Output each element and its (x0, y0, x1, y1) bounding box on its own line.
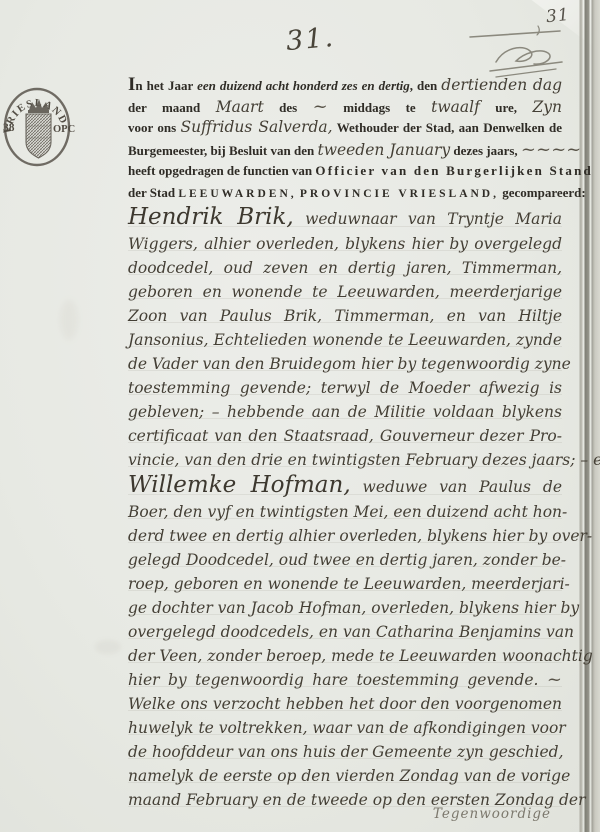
text-segment: overgelegd doodcedels, en van Catharina … (128, 623, 574, 641)
document-line: vincie, van den drie en twintigsten Febr… (128, 448, 562, 472)
document-line: Boer, den vyf en twintigsten Mei, een du… (128, 500, 562, 524)
document-line: toestemming gevende; terwyl de Moeder af… (128, 376, 562, 400)
text-segment: der maand (128, 100, 216, 115)
document-line: Zoon van Paulus Brik, Timmerman, en van … (128, 304, 562, 328)
text-segment: de hoofddeur van ons huis der Gemeente z… (128, 743, 564, 761)
stamp-left-text: 38 (3, 122, 15, 134)
document-line: huwelyk te voltrekken, waar van de afkon… (128, 716, 562, 740)
document-line: Burgemeester, bij Besluit van den tweede… (128, 139, 562, 161)
text-segment: der Stad (128, 185, 178, 200)
scanned-document-page: { "page": { "corner_number": "31", "act_… (0, 0, 600, 832)
text-segment: weduwe van Paulus de (351, 478, 562, 496)
text-segment: Officier van den Burgerlijken Stand (315, 163, 593, 178)
text-segment: Jansonius, Echtelieden wonende te Leeuwa… (128, 331, 562, 349)
text-segment: geboren en wonende te Leeuwarden, meerde… (128, 283, 562, 301)
text-segment: ~ (547, 669, 562, 690)
text-segment: Suffridus Salverda, (181, 118, 333, 136)
act-number: 31. (285, 22, 336, 57)
text-segment: heeft opgedragen de functien van (128, 163, 315, 178)
document-line: voor ons Suffridus Salverda, Wethouder d… (128, 117, 562, 139)
text-segment: der Veen, zonder beroep, mede te Leeuwar… (128, 647, 593, 665)
book-binding-edge (560, 0, 600, 832)
document-line: de hoofddeur van ons huis der Gemeente z… (128, 740, 562, 764)
document-line: de Vader van den Bruidegom hier by tegen… (128, 352, 562, 376)
document-line: der maand Maart des ~ middags te twaalf … (128, 96, 562, 118)
text-segment: des (264, 100, 313, 115)
text-segment: PROVINCIE VRIESLAND, (300, 188, 499, 200)
document-line: gebleven; – hebbende aan de Militie vold… (128, 400, 562, 424)
stamp-right-text: OPC (53, 124, 75, 135)
text-segment: ~~~~ (521, 139, 581, 160)
document-line: geboren en wonende te Leeuwarden, meerde… (128, 280, 562, 304)
revenue-stamp: VRIESLAND. 38 OPC (2, 86, 84, 184)
text-segment: Wethouder der Stad, aan Denwelken de (333, 120, 562, 135)
text-segment: Zoon van Paulus Brik, Timmerman, en van … (128, 307, 562, 325)
document-line: doodcedel, oud zeven en dertig jaren, Ti… (128, 256, 562, 280)
document-line: Welke ons verzocht hebben het door den v… (128, 692, 562, 716)
text-segment: vincie, van den drie en twintigsten Febr… (128, 451, 600, 469)
text-segment: LEEUWARDEN, (178, 188, 296, 200)
document-line: In het Jaar een duizend acht honderd zes… (128, 74, 562, 96)
text-segment: doodcedel, oud zeven en dertig jaren, Ti… (128, 259, 562, 277)
text-segment: ~ (313, 96, 328, 117)
text-segment: ge dochter van Jacob Hofman, overleden, … (128, 599, 579, 617)
text-segment: Maart (216, 98, 264, 116)
document-line: gelegd Doodcedel, oud twee en dertig jar… (128, 548, 562, 572)
text-segment: een duizend acht honderd zes en dertig (197, 78, 410, 93)
text-segment: Boer, den vyf en twintigsten Mei, een du… (128, 503, 567, 521)
document-body: In het Jaar een duizend acht honderd zes… (128, 74, 562, 812)
paper-stain (95, 640, 121, 654)
document-line: overgelegd doodcedels, en van Catharina … (128, 620, 562, 644)
text-segment: toestemming gevende; terwyl de Moeder af… (128, 379, 562, 397)
document-line: Hendrik Brik, weduwnaar van Tryntje Mari… (128, 204, 562, 232)
document-line: namelyk de eerste op den vierden Zondag … (128, 764, 562, 788)
document-line: Wiggers, alhier overleden, blykens hier … (128, 232, 562, 256)
text-segment: dertienden dag (441, 76, 562, 94)
document-line: Jansonius, Echtelieden wonende te Leeuwa… (128, 328, 562, 352)
document-line: roep, geboren en wonende te Leeuwarden, … (128, 572, 562, 596)
document-line: der Stad LEEUWARDEN, PROVINCIE VRIESLAND… (128, 182, 562, 204)
text-segment: derd twee en dertig alhier overleden, bl… (128, 527, 592, 545)
text-segment: Wiggers, alhier overleden, blykens hier … (128, 235, 562, 253)
document-line: ge dochter van Jacob Hofman, overleden, … (128, 596, 562, 620)
text-segment: dezes jaars, (450, 143, 521, 158)
text-segment: de Vader van den Bruidegom hier by tegen… (128, 355, 571, 373)
document-line: certificaat van den Staatsraad, Gouverne… (128, 424, 562, 448)
text-segment: Hendrik Brik, (128, 204, 294, 230)
document-line: der Veen, zonder beroep, mede te Leeuwar… (128, 644, 562, 668)
text-segment: gebleven; – hebbende aan de Militie vold… (128, 403, 562, 421)
text-segment: gecompareerd: (499, 185, 586, 200)
text-segment: huwelyk te voltrekken, waar van de afkon… (128, 719, 566, 737)
document-line: hier by tegenwoordig hare toestemming ge… (128, 668, 562, 692)
document-line: derd twee en dertig alhier overleden, bl… (128, 524, 562, 548)
text-segment: , den (410, 78, 442, 93)
text-segment: weduwnaar van Tryntje Maria (294, 210, 562, 228)
document-line: Willemke Hofman, weduwe van Paulus de (128, 472, 562, 500)
text-segment: ure, (480, 100, 533, 115)
text-segment: gelegd Doodcedel, oud twee en dertig jar… (128, 551, 566, 569)
text-segment: Welke ons verzocht hebben het door den v… (128, 695, 562, 713)
text-segment: Willemke Hofman, (128, 472, 351, 498)
text-segment: roep, geboren en wonende te Leeuwarden, … (128, 575, 570, 593)
paper-background: VRIESLAND. 38 OPC 31 31. In het Jaar een… (0, 0, 600, 832)
document-line: heeft opgedragen de functien van Officie… (128, 160, 562, 182)
text-segment: voor ons (128, 120, 181, 135)
text-segment: namelyk de eerste op den vierden Zondag … (128, 767, 570, 785)
text-segment: middags te (328, 100, 431, 115)
text-segment: Burgemeester, bij Besluit van den (128, 143, 317, 158)
page-number-corner: 31 (545, 5, 571, 27)
text-segment: certificaat van den Staatsraad, Gouverne… (128, 427, 562, 445)
paper-stain (60, 300, 78, 340)
text-segment: n het Jaar (135, 78, 197, 93)
text-segment: hier by tegenwoordig hare toestemming ge… (128, 671, 547, 689)
catchword: Tegenwoordige (422, 806, 562, 822)
text-segment: tweeden January (317, 141, 450, 159)
text-segment: twaalf (431, 98, 480, 116)
text-segment: Zyn (533, 98, 563, 116)
